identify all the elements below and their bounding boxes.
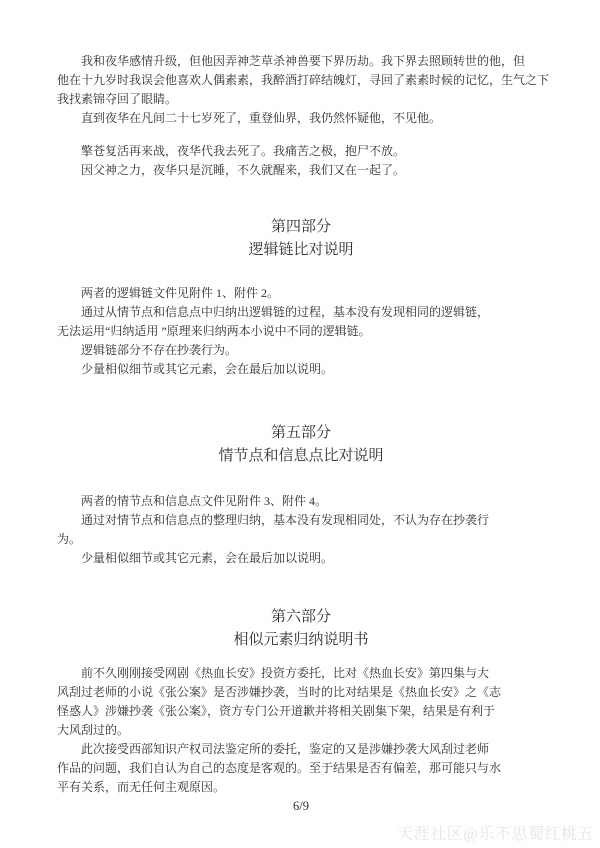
section-body: 前不久刚刚接受网剧《热血长安》投资方委托，比对《热血长安》第四集与大 风刮过老师… [57,664,545,797]
text-line: 两者的情节点和信息点文件见附件 3、附件 4。 [57,492,545,511]
text-line: 他在十九岁时我误会他喜欢人偶素素，我醉酒打碎结魄灯，寻回了素素时候的记忆，生气之… [57,71,545,90]
page-number: 6/9 [57,797,545,816]
section-heading: 第四部分 逻辑链比对说明 [57,216,545,262]
section-body: 两者的情节点和信息点文件见附件 3、附件 4。 通过对情节点和信息点的整理归纳，… [57,492,545,568]
paragraph: 少量相似细节或其它元素，会在最后加以说明。 [57,549,545,568]
paragraph: 少量相似细节或其它元素，会在最后加以说明。 [57,360,545,379]
section-title: 情节点和信息点比对说明 [57,445,545,468]
section-part-label: 第五部分 [57,422,545,445]
text-line: 通过从情节点和信息点中归纳出逻辑链的过程，基本没有发现相同的逻辑链， [57,303,545,322]
paragraph: 通过对情节点和信息点的整理归纳，基本没有发现相同处，不认为存在抄袭行 为。 [57,511,545,549]
paragraph: 两者的逻辑链文件见附件 1、附件 2。 [57,284,545,303]
paragraph: 直到夜华在凡间二十七岁死了，重登仙界，我仍然怀疑他，不见他。 [57,109,545,128]
section-title: 相似元素归纳说明书 [57,629,545,652]
section-body: 两者的逻辑链文件见附件 1、附件 2。 通过从情节点和信息点中归纳出逻辑链的过程… [57,284,545,379]
text-line: 无法运用“归纳适用 ”原理来归纳两本小说中不同的逻辑链。 [57,322,545,341]
document-page: 我和夜华感情升级，但他因弄神芝草杀神兽要下界历劫。我下界去照顾转世的他，但 他在… [0,0,600,848]
text-line: 直到夜华在凡间二十七岁死了，重登仙界，我仍然怀疑他，不见他。 [57,109,545,128]
section-part-label: 第六部分 [57,606,545,629]
text-line: 怪惑人》涉嫌抄袭《张公案》，资方专门公开道歉并将相关剧集下架，结果是有利于 [57,702,545,721]
paragraph: 逻辑链部分不存在抄袭行为。 [57,341,545,360]
text-line: 作品的问题，我们自认为自己的态度是客观的。至于结果是否有偏差，那可能只与水 [57,759,545,778]
text-line: 为。 [57,530,545,549]
text-line: 平有关系，而无任何主观原因。 [57,778,545,797]
section-part-label: 第四部分 [57,216,545,239]
section-title: 逻辑链比对说明 [57,239,545,262]
text-line: 逻辑链部分不存在抄袭行为。 [57,341,545,360]
text-line: 少量相似细节或其它元素，会在最后加以说明。 [57,360,545,379]
paragraph: 两者的情节点和信息点文件见附件 3、附件 4。 [57,492,545,511]
paragraph: 前不久刚刚接受网剧《热血长安》投资方委托，比对《热血长安》第四集与大 风刮过老师… [57,664,545,740]
text-line: 通过对情节点和信息点的整理归纳，基本没有发现相同处，不认为存在抄袭行 [57,511,545,530]
text-line: 我找素锦夺回了眼睛。 [57,90,545,109]
text-line: 因父神之力，夜华只是沉睡，不久就醒来，我们又在一起了。 [57,161,545,180]
document-content: 我和夜华感情升级，但他因弄神芝草杀神兽要下界历劫。我下界去照顾转世的他，但 他在… [0,0,600,816]
text-line: 少量相似细节或其它元素，会在最后加以说明。 [57,549,545,568]
text-line: 前不久刚刚接受网剧《热血长安》投资方委托，比对《热血长安》第四集与大 [57,664,545,683]
text-line: 擎苍复活再来战，夜华代我去死了。我痛苦之极，抱尸不放。 [57,142,545,161]
paragraph: 此次接受西部知识产权司法鉴定所的委托，鉴定的又是涉嫌抄袭大风刮过老师 作品的问题… [57,740,545,797]
section-heading: 第五部分 情节点和信息点比对说明 [57,422,545,468]
text-line: 我和夜华感情升级，但他因弄神芝草杀神兽要下界历劫。我下界去照顾转世的他，但 [57,52,545,71]
section-heading: 第六部分 相似元素归纳说明书 [57,606,545,652]
paragraph: 擎苍复活再来战，夜华代我去死了。我痛苦之极，抱尸不放。 [57,142,545,161]
paragraph: 我和夜华感情升级，但他因弄神芝草杀神兽要下界历劫。我下界去照顾转世的他，但 他在… [57,52,545,109]
paragraph: 因父神之力，夜华只是沉睡，不久就醒来，我们又在一起了。 [57,161,545,180]
watermark: 天涯社区@乐不思蜀红桃五 [397,824,594,845]
text-line: 风刮过老师的小说《张公案》是否涉嫌抄袭，当时的比对结果是《热血长安》之《志 [57,683,545,702]
text-line: 此次接受西部知识产权司法鉴定所的委托，鉴定的又是涉嫌抄袭大风刮过老师 [57,740,545,759]
text-line: 大风刮过的。 [57,721,545,740]
paragraph: 通过从情节点和信息点中归纳出逻辑链的过程，基本没有发现相同的逻辑链， 无法运用“… [57,303,545,341]
text-line: 两者的逻辑链文件见附件 1、附件 2。 [57,284,545,303]
